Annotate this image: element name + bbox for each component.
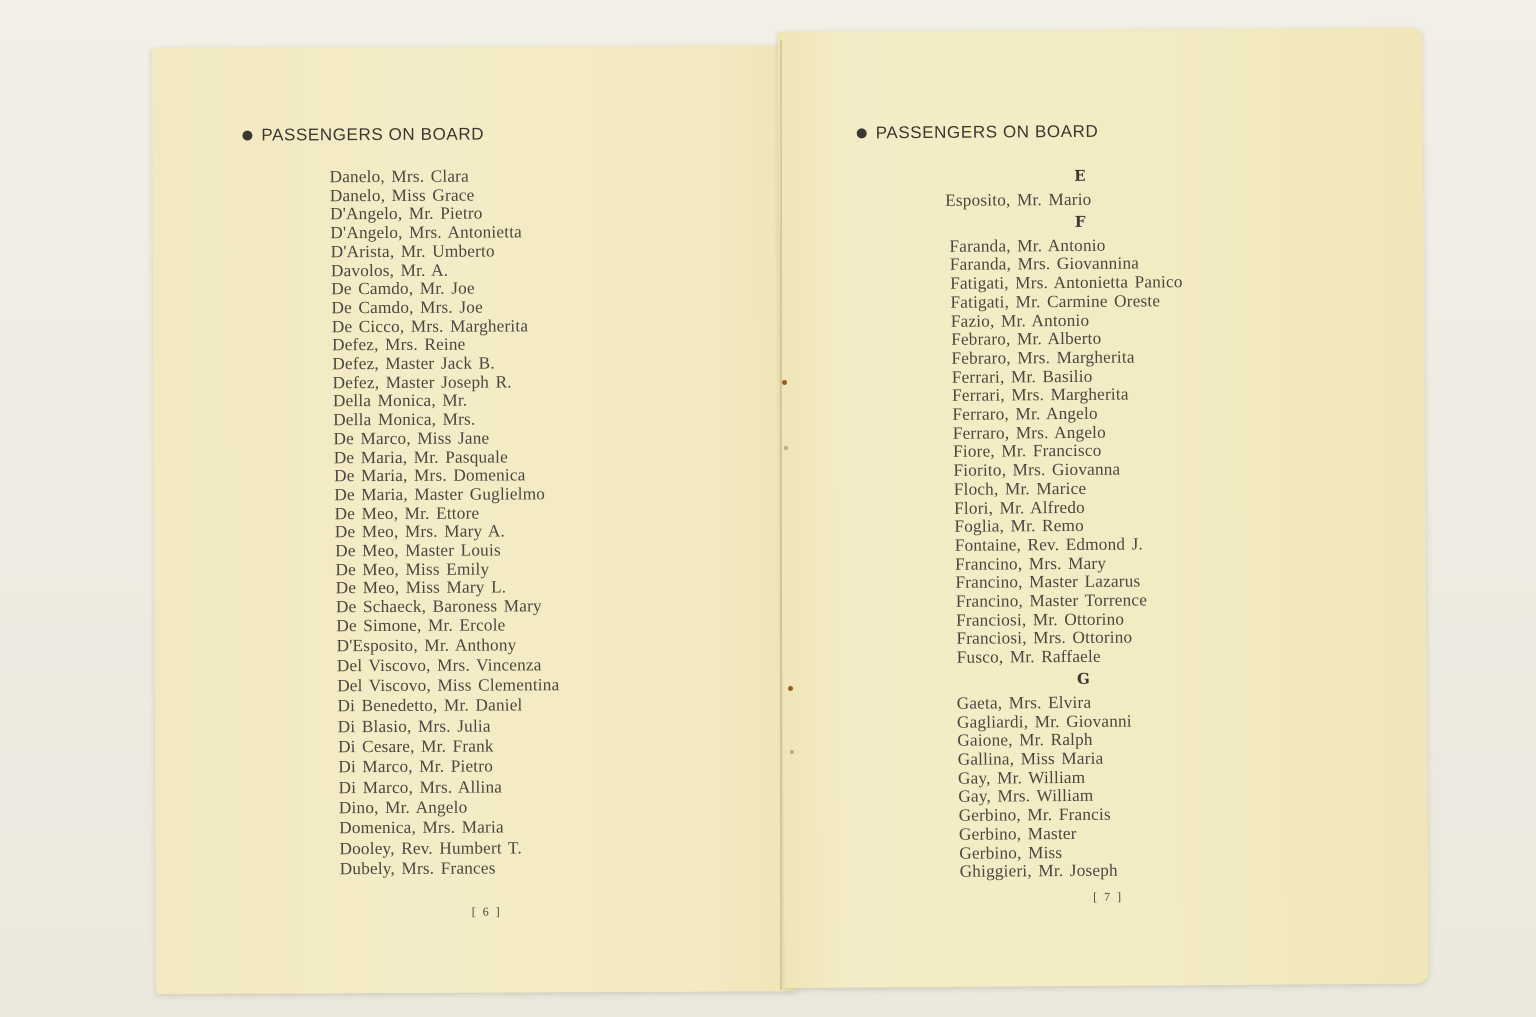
passenger-entry: De Maria, Mr. Pasquale: [334, 448, 559, 468]
passenger-entry: Gagliardi, Mr. Giovanni: [957, 712, 1219, 733]
left-page: PASSENGERS ON BOARD Danelo, Mrs. ClaraDa…: [152, 45, 796, 994]
passenger-entry: Ghiggieri, Mr. Joseph: [960, 861, 1220, 882]
passenger-entry: Danelo, Mrs. Clara: [330, 167, 558, 187]
passenger-entry: Francino, Mrs. Mary: [955, 554, 1218, 575]
right-page-header-text: PASSENGERS ON BOARD: [876, 122, 1099, 144]
left-page-number: [ 6 ]: [472, 904, 502, 919]
passenger-entry: Di Blasio, Mrs. Julia: [338, 716, 560, 737]
section-letter: E: [945, 163, 1215, 192]
passenger-entry: Di Benedetto, Mr. Daniel: [337, 696, 559, 717]
passenger-entry: Gaeta, Mrs. Elvira: [957, 693, 1219, 714]
passenger-entry: Defez, Master Joseph R.: [333, 373, 559, 393]
booklet-spine: [780, 40, 782, 990]
passenger-entry: Fatigati, Mrs. Antonietta Panico: [950, 273, 1216, 294]
passenger-entry: Domenica, Mrs. Maria: [339, 817, 560, 838]
passenger-entry: Di Marco, Mr. Pietro: [338, 757, 560, 778]
passenger-entry: De Meo, Mr. Ettore: [335, 504, 559, 524]
passenger-entry: Defez, Master Jack B.: [332, 354, 558, 374]
section-letter: F: [945, 209, 1215, 238]
passenger-entry: Ferraro, Mrs. Angelo: [953, 423, 1217, 444]
passenger-entry: De Simone, Mr. Ercole: [336, 616, 559, 636]
passenger-entry: De Meo, Mrs. Mary A.: [335, 523, 559, 543]
passenger-entry: De Camdo, Mr. Joe: [331, 279, 558, 299]
left-page-header: PASSENGERS ON BOARD: [242, 125, 484, 146]
passenger-entry: Esposito, Mr. Mario: [945, 190, 1215, 211]
passenger-entry: Fusco, Mr. Raffaele: [957, 647, 1219, 668]
right-page: PASSENGERS ON BOARD EEsposito, Mr. Mario…: [778, 28, 1429, 988]
left-passenger-list: Danelo, Mrs. ClaraDanelo, Miss GraceD'An…: [330, 167, 561, 879]
passenger-entry: De Cicco, Mrs. Margherita: [332, 317, 558, 337]
passenger-entry: Gerbino, Master: [959, 824, 1220, 845]
passenger-entry: Gerbino, Mr. Francis: [959, 805, 1220, 826]
passenger-entry: Fazio, Mr. Antonio: [951, 310, 1216, 331]
passenger-entry: Della Monica, Mr.: [333, 392, 558, 412]
staple-hole: [784, 446, 788, 450]
passenger-entry: D'Arista, Mr. Umberto: [331, 242, 558, 262]
passenger-entry: Gay, Mrs. William: [958, 786, 1219, 807]
passenger-entry: D'Esposito, Mr. Anthony: [337, 635, 560, 656]
passenger-entry: De Meo, Master Louis: [335, 541, 559, 561]
passenger-entry: Francino, Master Torrence: [956, 591, 1218, 612]
passenger-entry: Dubely, Mrs. Frances: [340, 858, 561, 879]
passenger-entry: Della Monica, Mrs.: [333, 410, 558, 430]
passenger-entry: De Camdo, Mrs. Joe: [331, 298, 557, 318]
staple-hole: [782, 380, 787, 385]
passenger-entry: Febraro, Mr. Alberto: [951, 329, 1216, 350]
passenger-entry: D'Angelo, Mr. Pietro: [330, 205, 557, 225]
passenger-entry: Di Cesare, Mr. Frank: [338, 736, 560, 757]
passenger-entry: Foglia, Mr. Remo: [954, 516, 1217, 537]
passenger-entry: Flori, Mr. Alfredo: [954, 497, 1217, 518]
passenger-entry: Faranda, Mr. Antonio: [949, 236, 1215, 257]
passenger-entry: De Maria, Master Guglielmo: [334, 485, 558, 505]
passenger-entry: Fontaine, Rev. Edmond J.: [955, 535, 1218, 556]
passenger-entry: De Meo, Miss Emily: [335, 560, 559, 580]
right-page-number: [ 7 ]: [1093, 890, 1123, 905]
passenger-entry: Ferrari, Mrs. Margherita: [952, 385, 1217, 406]
open-booklet: PASSENGERS ON BOARD Danelo, Mrs. ClaraDa…: [0, 0, 1536, 1017]
passenger-entry: Franciosi, Mrs. Ottorino: [956, 628, 1218, 649]
passenger-entry: Ferrari, Mr. Basilio: [952, 367, 1217, 388]
right-page-header: PASSENGERS ON BOARD: [857, 122, 1099, 144]
passenger-entry: D'Angelo, Mrs. Antonietta: [330, 223, 557, 243]
passenger-entry: Febraro, Mrs. Margherita: [951, 348, 1216, 369]
passenger-entry: Fiore, Mr. Francisco: [953, 441, 1217, 462]
passenger-entry: Dino, Mr. Angelo: [339, 797, 560, 818]
passenger-entry: Fiorito, Mrs. Giovanna: [953, 460, 1217, 481]
passenger-entry: Gaione, Mr. Ralph: [957, 730, 1219, 751]
passenger-entry: De Meo, Miss Mary L.: [336, 579, 559, 599]
passenger-entry: Dooley, Rev. Humbert T.: [339, 838, 560, 859]
passenger-entry: Danelo, Miss Grace: [330, 186, 558, 206]
bullet-icon: [857, 128, 867, 138]
right-passenger-list: EEsposito, Mr. MarioFFaranda, Mr. Antoni…: [945, 163, 1220, 882]
passenger-entry: Fatigati, Mr. Carmine Oreste: [950, 292, 1216, 313]
passenger-entry: Davolos, Mr. A.: [331, 261, 558, 281]
passenger-entry: De Marco, Miss Jane: [333, 429, 558, 449]
passenger-entry: De Schaeck, Baroness Mary: [336, 597, 559, 617]
passenger-entry: Francino, Master Lazarus: [955, 572, 1218, 593]
passenger-entry: Del Viscovo, Miss Clementina: [337, 675, 559, 696]
passenger-entry: Franciosi, Mr. Ottorino: [956, 610, 1218, 631]
passenger-entry: Di Marco, Mrs. Allina: [339, 777, 560, 798]
left-page-header-text: PASSENGERS ON BOARD: [261, 125, 484, 146]
passenger-entry: Defez, Mrs. Reine: [332, 336, 558, 356]
passenger-entry: Del Viscovo, Mrs. Vincenza: [337, 655, 560, 676]
passenger-entry: De Maria, Mrs. Domenica: [334, 466, 559, 486]
passenger-entry: Gay, Mr. William: [958, 768, 1219, 789]
passenger-entry: Gerbino, Miss: [959, 842, 1220, 863]
staple-hole: [788, 686, 793, 691]
passenger-entry: Ferraro, Mr. Angelo: [952, 404, 1216, 425]
passenger-entry: Floch, Mr. Marice: [954, 479, 1218, 500]
passenger-entry: Gallina, Miss Maria: [958, 749, 1220, 770]
bullet-icon: [242, 131, 252, 141]
section-letter: G: [948, 666, 1218, 695]
staple-hole: [790, 750, 794, 754]
